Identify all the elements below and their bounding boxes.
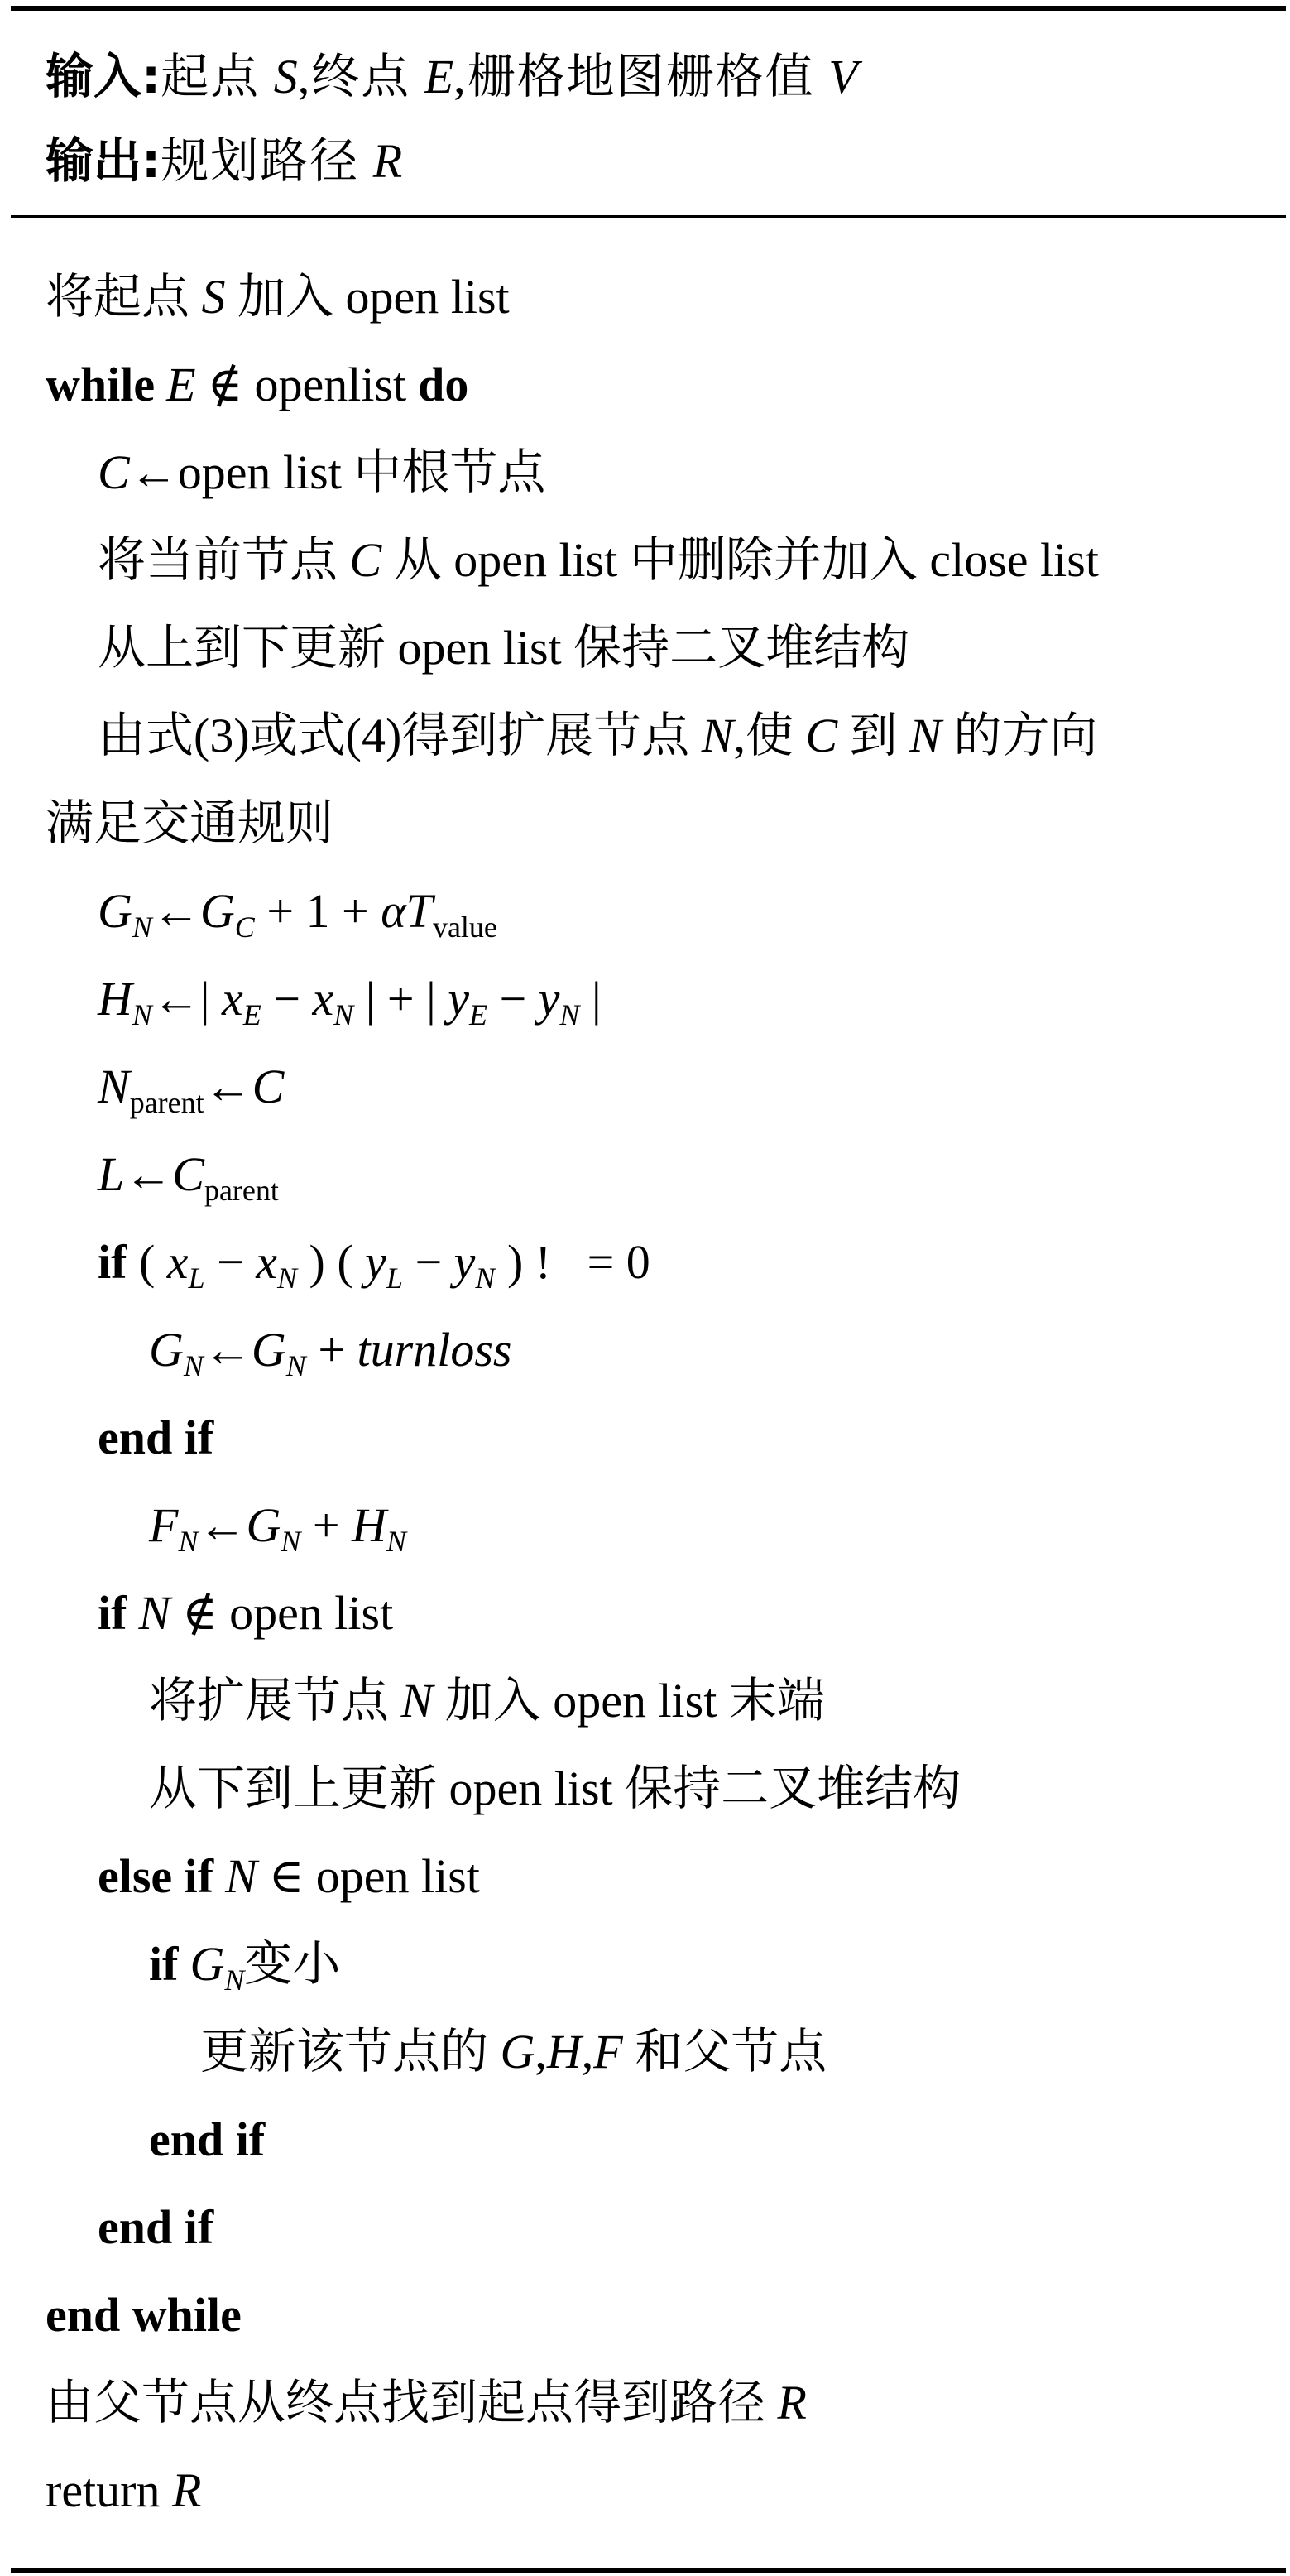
not-in-operator: ∉	[182, 1586, 218, 1640]
keyword-end-if: end if	[98, 1411, 213, 1464]
var: turnloss	[357, 1323, 512, 1377]
var: y	[454, 1235, 476, 1289]
var: N	[225, 1849, 257, 1903]
algo-line-3: 将当前节点 C 从 open list 中删除并加入 close list	[98, 536, 1099, 584]
assign-arrow: ←	[152, 972, 200, 1026]
text: 更新该节点的	[200, 2025, 501, 2079]
subscript: N	[132, 911, 152, 944]
text: |	[200, 972, 222, 1026]
var-E: E	[424, 50, 453, 103]
var: y	[539, 972, 560, 1026]
subscript: parent	[204, 1174, 279, 1207]
algo-line-2: C←open list 中根节点	[98, 449, 545, 497]
keyword-end-if: end if	[149, 2112, 265, 2166]
text: 和父节点	[623, 2025, 827, 2079]
text: −	[487, 972, 539, 1026]
text: open list	[316, 1849, 480, 1903]
text: |	[579, 972, 601, 1026]
text: 从上到下更新 open list 保持二叉堆结构	[98, 621, 909, 675]
text: 从下到上更新 open list 保持二叉堆结构	[149, 1761, 961, 1815]
text: −	[403, 1235, 454, 1289]
text: 将当前节点	[98, 533, 350, 587]
assign-arrow: ←	[130, 445, 178, 499]
var: x	[222, 972, 243, 1026]
algo-line-6: 满足交通规则	[46, 800, 333, 848]
var: N	[909, 709, 942, 762]
input-text: ,终点	[298, 50, 424, 103]
algo-line-24: 由父节点从终点找到起点得到路径 R	[46, 2379, 807, 2427]
var: x	[313, 972, 334, 1026]
var: S	[202, 270, 226, 324]
text: ,	[535, 2025, 547, 2079]
in-operator: ∈	[269, 1849, 305, 1903]
var: G	[200, 884, 235, 938]
subscript: value	[433, 911, 497, 944]
var: y	[365, 1235, 386, 1289]
var: C	[172, 1147, 204, 1201]
var: C	[252, 1060, 285, 1113]
text: return	[46, 2463, 172, 2517]
var: x	[167, 1235, 189, 1289]
text: 加入 open list 末端	[433, 1674, 825, 1728]
text: −	[261, 972, 313, 1026]
algo-line-12: GN←GN + turnloss	[149, 1326, 511, 1374]
var: G	[252, 1323, 286, 1377]
text: (	[127, 1235, 166, 1289]
keyword-else-if: else if	[98, 1849, 213, 1903]
algo-line-19: ifGN变小	[149, 1940, 340, 1988]
keyword-if: if	[98, 1586, 127, 1640]
subscript: L	[189, 1262, 205, 1295]
var: E	[166, 358, 195, 411]
subscript: N	[224, 1963, 244, 1997]
algo-line-8: HN←| xE − xN | + | yE − yN |	[98, 975, 602, 1023]
var: αT	[381, 884, 433, 938]
algo-line-13: end if	[98, 1414, 213, 1462]
assign-arrow: ←	[124, 1147, 172, 1201]
text: 的方向	[942, 709, 1098, 762]
var: C	[805, 709, 837, 762]
var: H	[98, 972, 132, 1026]
algo-line-7: GN←GC + 1 + αTvalue	[98, 887, 497, 935]
var: G	[501, 2025, 535, 2079]
text: 加入 open list	[226, 270, 510, 324]
assign-arrow: ←	[152, 884, 200, 938]
var: R	[778, 2376, 807, 2429]
text: openlist	[255, 358, 407, 411]
algo-line-9: Nparent←C	[98, 1063, 284, 1111]
var-S: S	[274, 50, 298, 103]
var: C	[350, 533, 382, 587]
text: 到	[837, 709, 909, 762]
text: 变小	[244, 1937, 340, 1991]
output-label: 输出:	[46, 132, 161, 189]
text: 满足交通规则	[46, 796, 333, 850]
text: ) ! = 0	[495, 1235, 650, 1289]
text: 将扩展节点	[149, 1674, 401, 1728]
keyword-end-while: end while	[46, 2288, 242, 2342]
subscript: N	[333, 998, 353, 1031]
var: L	[98, 1147, 124, 1201]
var: N	[702, 709, 734, 762]
subscript: N	[281, 1525, 300, 1558]
subscript: N	[286, 1349, 306, 1382]
text: | + |	[353, 972, 448, 1026]
text: + 1 +	[255, 884, 381, 938]
text: 由式(3)或式(4)得到扩展节点	[98, 709, 702, 762]
var-R: R	[373, 134, 402, 188]
algo-line-0: 将起点 S 加入 open list	[46, 273, 510, 321]
algo-line-20: 更新该节点的 G,H,F 和父节点	[200, 2028, 827, 2076]
algo-line-10: L←Cparent	[98, 1151, 279, 1199]
algo-line-23: end while	[46, 2291, 242, 2339]
header-divider	[11, 215, 1286, 218]
text: open list 中根节点	[178, 445, 546, 499]
subscript: L	[386, 1262, 403, 1295]
text: open list	[229, 1586, 393, 1640]
algo-line-14: FN←GN + HN	[149, 1502, 406, 1550]
var: y	[448, 972, 469, 1026]
var: C	[98, 445, 130, 499]
text: 从 open list 中删除并加入 close list	[381, 533, 1099, 587]
var: N	[98, 1060, 130, 1113]
algo-line-15: ifN∉open list	[98, 1589, 393, 1637]
keyword-if: if	[98, 1235, 127, 1289]
output-text: 规划路径	[161, 134, 373, 188]
algo-line-21: end if	[149, 2116, 265, 2164]
input-text: 起点	[161, 50, 274, 103]
text: ,使	[733, 709, 805, 762]
text: +	[306, 1323, 357, 1377]
subscript: N	[559, 998, 579, 1031]
subscript: N	[475, 1262, 495, 1295]
subscript: parent	[130, 1086, 204, 1119]
input-label: 输入:	[46, 48, 161, 104]
var: x	[256, 1235, 277, 1289]
var: N	[138, 1586, 170, 1640]
keyword-while: while	[46, 358, 155, 411]
algo-line-22: end if	[98, 2204, 213, 2252]
algo-line-17: 从下到上更新 open list 保持二叉堆结构	[149, 1765, 961, 1813]
var: H	[547, 2025, 582, 2079]
subscript: N	[178, 1525, 198, 1558]
var: G	[246, 1498, 281, 1552]
assign-arrow: ←	[198, 1498, 246, 1552]
keyword-do: do	[418, 358, 468, 411]
var: H	[352, 1498, 386, 1552]
algorithm-output-line: 输出:规划路径 R	[46, 137, 402, 185]
var: R	[172, 2463, 201, 2517]
keyword-end-if: end if	[98, 2200, 213, 2254]
algo-line-5: 由式(3)或式(4)得到扩展节点 N,使 C 到 N 的方向	[98, 712, 1097, 760]
text: 由父节点从终点找到起点得到路径	[46, 2376, 778, 2429]
var: G	[98, 884, 132, 938]
subscript: E	[243, 998, 261, 1031]
var: N	[401, 1674, 434, 1728]
subscript: C	[235, 911, 255, 944]
text: +	[300, 1498, 352, 1552]
algo-line-1: whileE∉openlistdo	[46, 361, 468, 409]
var: G	[189, 1937, 224, 1991]
var: F	[593, 2025, 622, 2079]
algo-line-11: if ( xL − xN ) ( yL − yN ) ! = 0	[98, 1238, 650, 1286]
bottom-rule	[11, 2568, 1286, 2573]
subscript: N	[184, 1349, 204, 1382]
input-text: ,栅格地图栅格值	[453, 50, 828, 103]
text: 将起点	[46, 270, 202, 324]
subscript: E	[469, 998, 487, 1031]
assign-arrow: ←	[204, 1060, 252, 1113]
var: G	[149, 1323, 184, 1377]
keyword-if: if	[149, 1937, 178, 1991]
not-in-operator: ∉	[208, 358, 243, 411]
subscript: N	[386, 1525, 406, 1558]
text: ) (	[297, 1235, 365, 1289]
text: −	[205, 1235, 257, 1289]
algorithm-input-line: 输入:起点 S,终点 E,栅格地图栅格值 V	[46, 52, 858, 100]
algo-line-16: 将扩展节点 N 加入 open list 末端	[149, 1677, 825, 1725]
subscript: N	[132, 998, 152, 1031]
algo-line-25: return R	[46, 2467, 201, 2515]
var-V: V	[828, 50, 857, 103]
algo-line-4: 从上到下更新 open list 保持二叉堆结构	[98, 624, 909, 672]
var: F	[149, 1498, 178, 1552]
assign-arrow: ←	[204, 1323, 252, 1377]
algo-line-18: else ifN∈open list	[98, 1853, 480, 1901]
top-rule	[11, 6, 1286, 11]
subscript: N	[277, 1262, 297, 1295]
text: ,	[582, 2025, 594, 2079]
